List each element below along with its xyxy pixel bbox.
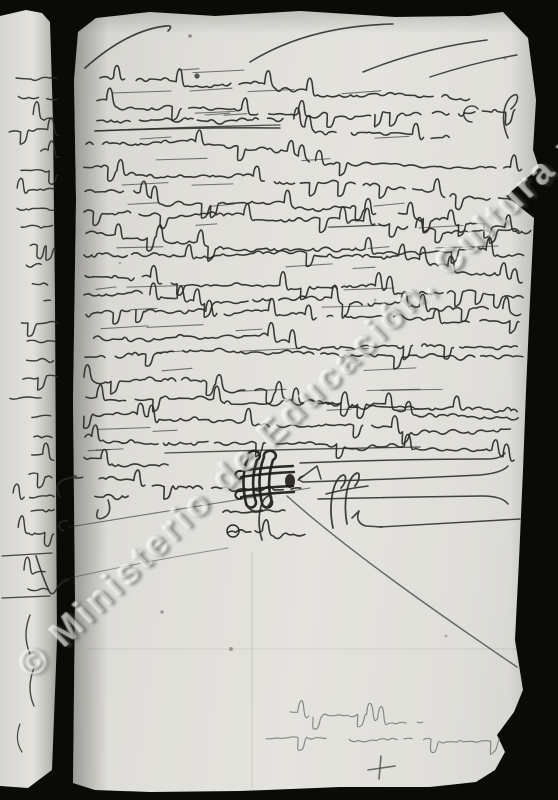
closing-flourishes <box>36 24 520 594</box>
handwriting-ink-layer <box>0 0 558 800</box>
handwriting-lines <box>84 66 531 467</box>
paper-stains <box>119 34 507 651</box>
scribe-signature <box>223 495 305 540</box>
archival-photo: © Ministerio de Educación, Cultura y Dep… <box>0 0 558 800</box>
inverted-bottom-note <box>266 701 500 779</box>
facing-page-text <box>2 77 59 752</box>
